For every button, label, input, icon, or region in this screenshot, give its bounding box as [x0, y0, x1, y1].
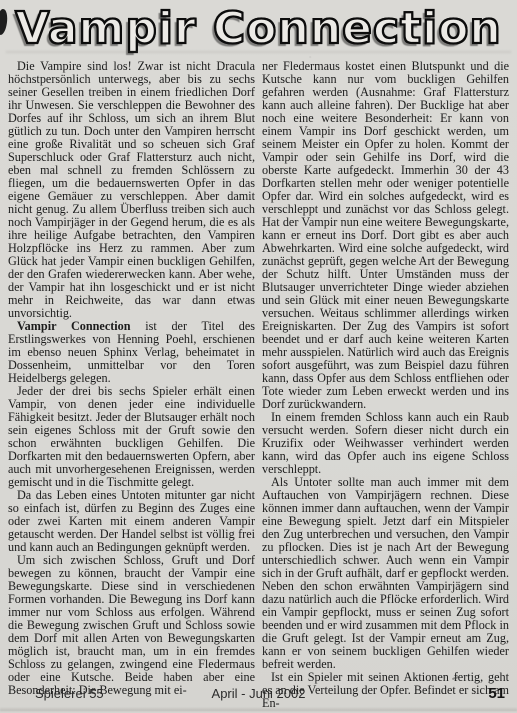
page-title: Vampir Connection — [15, 5, 502, 53]
page-footer: Spielerei 55 April - Juni 2002 51 — [0, 683, 517, 701]
scan-artifact-smudge — [6, 51, 511, 53]
paragraph-setup: Jeder der drei bis sechs Spieler erhält … — [8, 385, 255, 489]
paragraph-trading: Da das Leben eines Untoten mitunter gar … — [8, 489, 255, 554]
left-column: Die Vampire sind los! Zwar ist nicht Dra… — [8, 60, 255, 710]
page-number: 51 — [488, 685, 505, 702]
paragraph-game-info: Vampir Connection ist der Titel des Erst… — [8, 320, 255, 385]
game-title-bold: Vampir Connection — [17, 319, 131, 333]
right-column: ner Fledermaus kostet einen Blutspunkt u… — [262, 60, 509, 710]
paragraph-raub: In einem fremden Schloss kann auch ein R… — [262, 411, 509, 476]
paragraph-vampirjaeger: Als Untoter sollte man auch immer mit de… — [262, 476, 509, 671]
scan-artifact-bottom-smudge — [0, 707, 517, 711]
article-masthead: Vampir Connection — [8, 4, 509, 54]
paragraph-movement: Um sich zwischen Schloss, Gruft und Dorf… — [8, 554, 255, 697]
issue-period: April - Juni 2002 — [212, 686, 306, 701]
paragraph-movement-continued: ner Fledermaus kostet einen Blutspunkt u… — [262, 60, 509, 411]
article-body: Die Vampire sind los! Zwar ist nicht Dra… — [0, 60, 517, 710]
magazine-name: Spielerei 55 — [35, 686, 104, 701]
paragraph-intro: Die Vampire sind los! Zwar ist nicht Dra… — [8, 60, 255, 320]
